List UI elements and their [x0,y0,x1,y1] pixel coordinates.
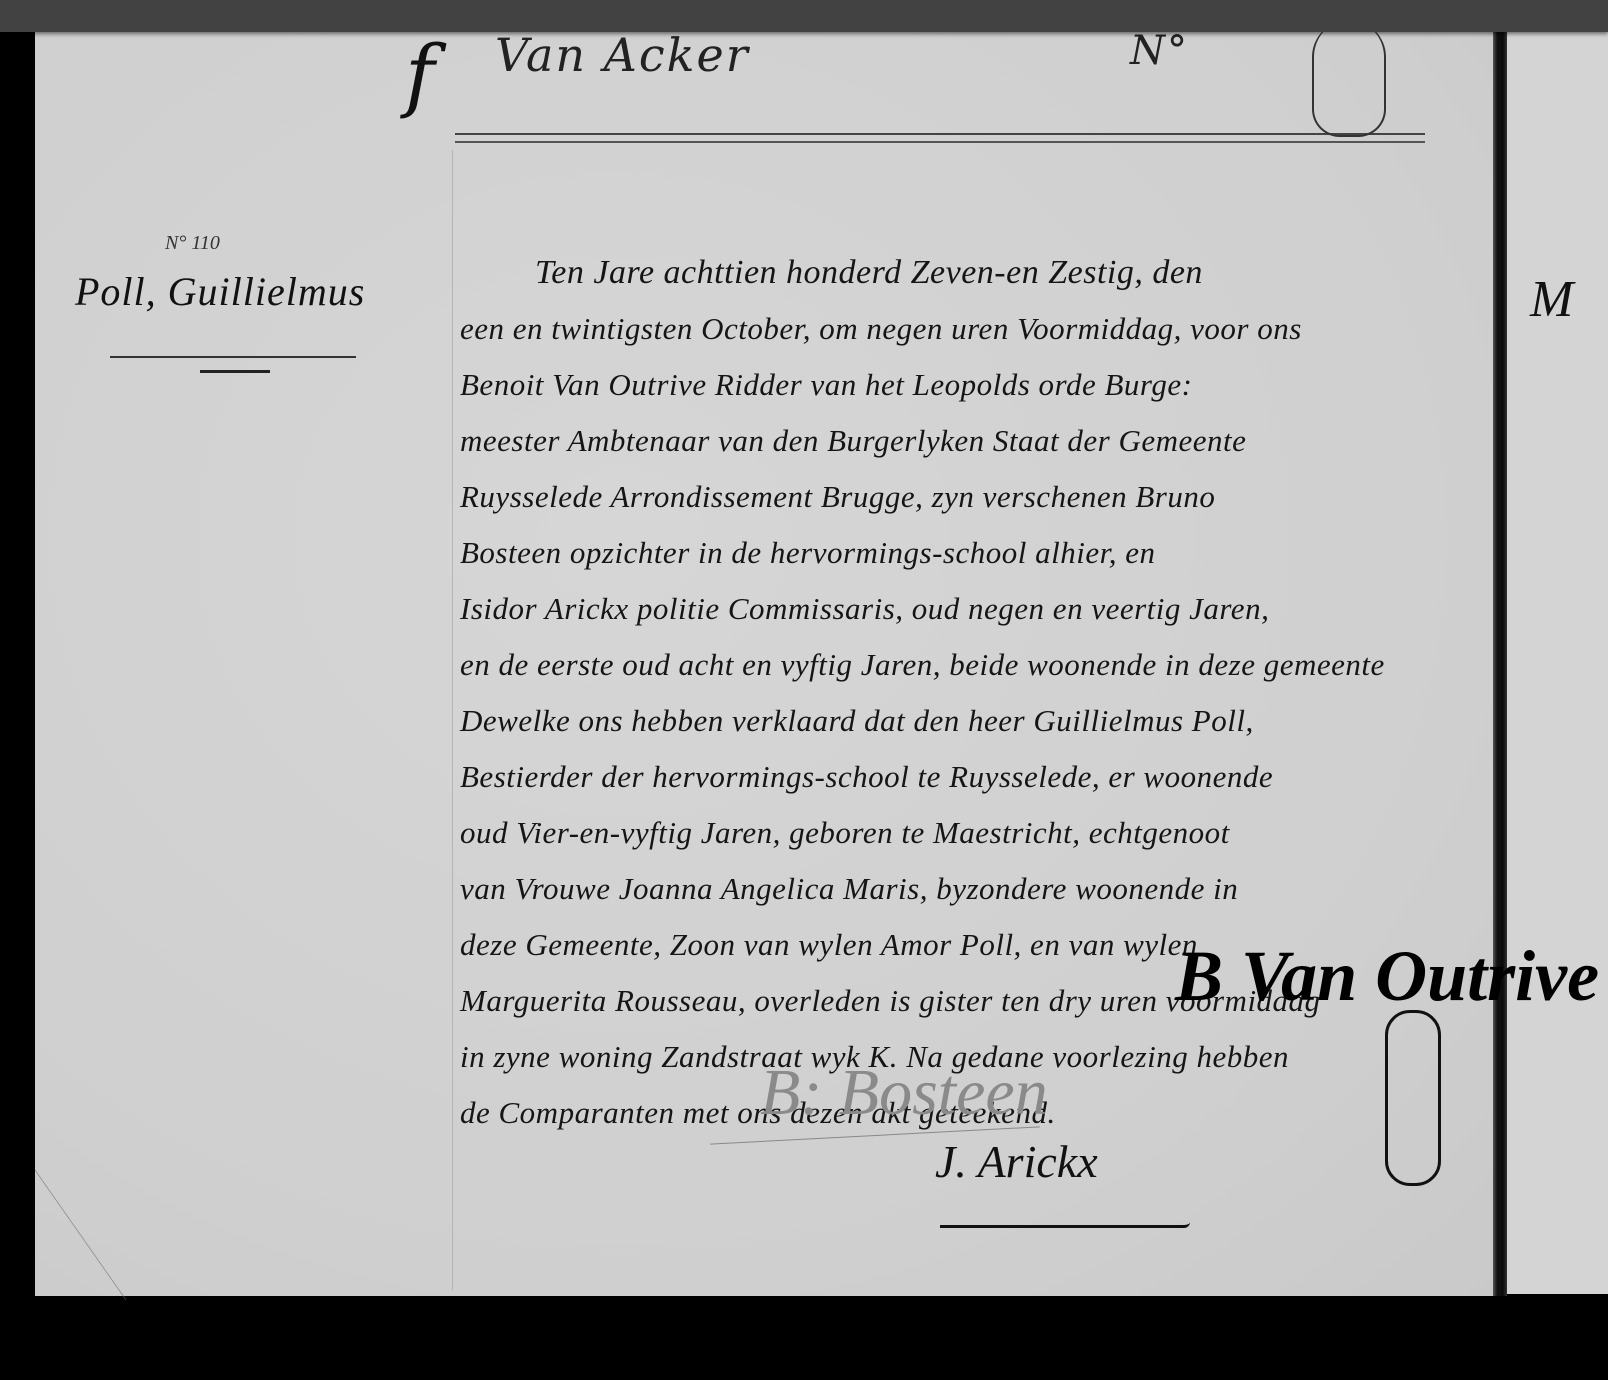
signature-flourish [940,1222,1190,1228]
record-line: Ruysselede Arrondissement Brugge, zyn ve… [460,469,1500,525]
folio-mark: f [405,28,435,121]
viewer-toolbar [0,0,1608,32]
record-line: Bestierder der hervormings-school te Ruy… [460,749,1500,805]
record-line: Isidor Arickx politie Commissaris, oud n… [460,581,1500,637]
record-line: oud Vier-en-vyftig Jaren, geboren te Mae… [460,805,1500,861]
margin-entry-name: Poll, Guillielmus [75,268,375,315]
official-signature-flourish [1385,1010,1441,1186]
margin-entry-number: N° 110 [165,232,220,255]
margin-underline-short [200,370,270,373]
record-line: Benoit Van Outrive Ridder van het Leopol… [460,357,1500,413]
margin-entry: Poll, Guillielmus [75,268,375,315]
margin-divider [452,150,453,1290]
record-line: van Vrouwe Joanna Angelica Maris, byzond… [460,861,1500,917]
header-name-fragment: Van Acker [495,28,750,82]
adjacent-page-text: M [1530,270,1573,329]
header-double-rule [455,133,1425,143]
record-line: een en twintigsten October, om negen ure… [460,301,1500,357]
witness-signature-bosteen: B: Bosteen [760,1055,1048,1131]
record-line: Bosteen opzichter in de hervormings-scho… [460,525,1500,581]
record-number-flourish [1312,20,1386,137]
adjacent-page [1507,32,1608,1294]
official-signature: B Van Outrive [1175,935,1599,1018]
record-line: meester Ambtenaar van den Burgerlyken St… [460,413,1500,469]
record-line: en de eerste oud acht en vyftig Jaren, b… [460,637,1500,693]
header-number-fragment: N° [1130,28,1189,74]
witness-signature-arickx: J. Arickx [935,1135,1098,1188]
record-line: Dewelke ons hebben verklaard dat den hee… [460,693,1500,749]
record-line: Ten Jare achttien honderd Zeven-en Zesti… [460,245,1500,301]
margin-underline [110,356,356,358]
